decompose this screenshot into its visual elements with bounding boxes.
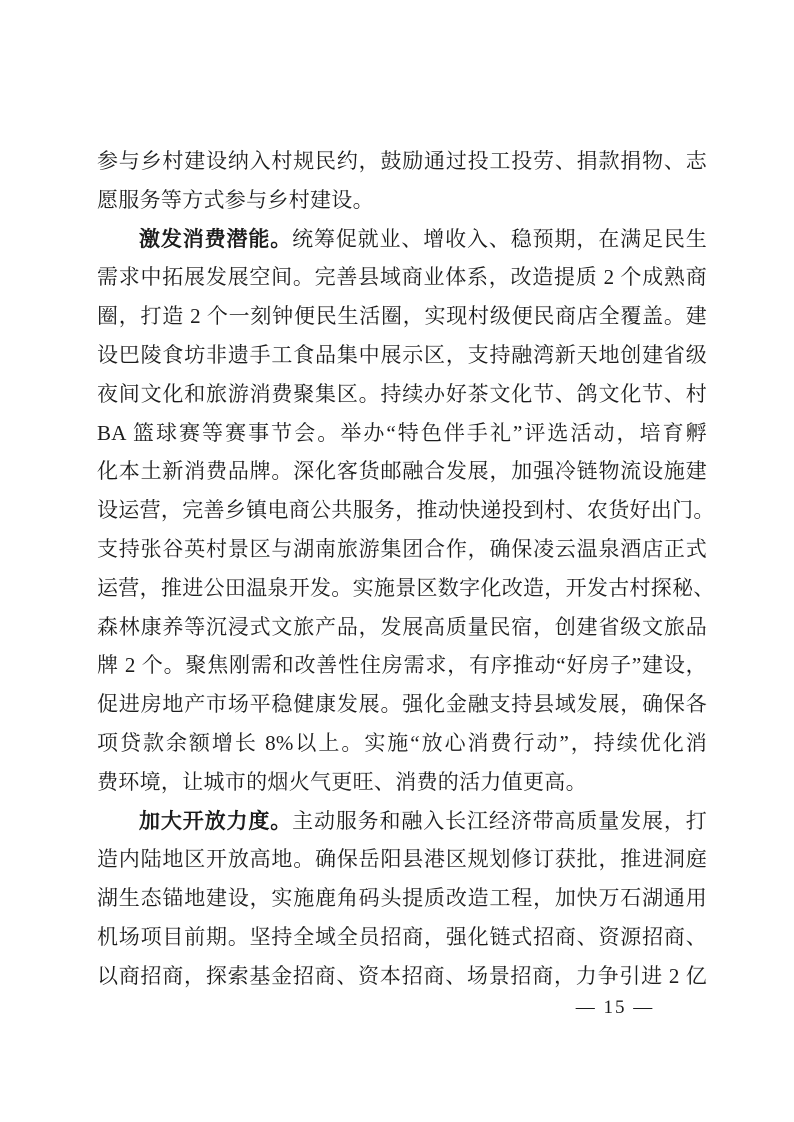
text-line: 激发消费潜能。统筹促就业、增收入、稳预期，在满足民生 — [97, 220, 707, 259]
text-run: 设巴陵食坊非遗手工食品集中展示区，支持融湾新天地创建省级 — [97, 343, 707, 367]
text-line: 促进房地产市场平稳健康发展。强化金融支持县域发展，确保各 — [97, 685, 707, 724]
text-run: 促进房地产市场平稳健康发展。强化金融支持县域发展，确保各 — [97, 692, 707, 716]
text-line: 以商招商，探索基金招商、资本招商、场景招商，力争引进 2 亿 — [97, 957, 707, 996]
text-run: 夜间文化和旅游消费聚集区。持续办好茶文化节、鸽文化节、村 — [97, 382, 707, 406]
text-run: 费环境，让城市的烟火气更旺、消费的活力值更高。 — [97, 770, 587, 794]
text-line: 化本土新消费品牌。深化客货邮融合发展，加强冷链物流设施建 — [97, 452, 707, 491]
text-line: 愿服务等方式参与乡村建设。 — [97, 181, 707, 220]
text-line: 夜间文化和旅游消费聚集区。持续办好茶文化节、鸽文化节、村 — [97, 375, 707, 414]
text-run: 设运营，完善乡镇电商公共服务，推动快递投到村、农货好出门。 — [97, 498, 715, 522]
paragraph-lead-bold: 加大开放力度。 — [139, 809, 292, 833]
document-body: 参与乡村建设纳入村规民约，鼓励通过投工投劳、捐款捐物、志愿服务等方式参与乡村建设… — [97, 142, 707, 996]
text-line: 湖生态锚地建设，实施鹿角码头提质改造工程，加快万石湖通用 — [97, 879, 707, 918]
text-run: 愿服务等方式参与乡村建设。 — [97, 188, 374, 212]
document-page: 参与乡村建设纳入村规民约，鼓励通过投工投劳、捐款捐物、志愿服务等方式参与乡村建设… — [0, 0, 794, 1122]
text-run: 项贷款余额增长 8%以上。实施“放心消费行动”，持续优化消 — [97, 731, 707, 755]
text-run: 统筹促就业、增收入、稳预期，在满足民生 — [292, 227, 707, 251]
text-line: 参与乡村建设纳入村规民约，鼓励通过投工投劳、捐款捐物、志 — [97, 142, 707, 181]
text-run: 化本土新消费品牌。深化客货邮融合发展，加强冷链物流设施建 — [97, 459, 707, 483]
text-run: 参与乡村建设纳入村规民约，鼓励通过投工投劳、捐款捐物、志 — [97, 149, 707, 173]
text-run: 需求中拓展发展空间。完善县域商业体系，改造提质 2 个成熟商 — [97, 265, 707, 289]
text-line: 造内陆地区开放高地。确保岳阳县港区规划修订获批，推进洞庭 — [97, 840, 707, 879]
text-run: 造内陆地区开放高地。确保岳阳县港区规划修订获批，推进洞庭 — [97, 847, 707, 871]
text-run: 支持张谷英村景区与湖南旅游集团合作，确保凌云温泉酒店正式 — [97, 537, 707, 561]
text-run: 机场项目前期。坚持全域全员招商，强化链式招商、资源招商、 — [97, 925, 707, 949]
text-line: 牌 2 个。聚焦刚需和改善性住房需求，有序推动“好房子”建设， — [97, 646, 707, 685]
text-line: 森林康养等沉浸式文旅产品，发展高质量民宿，创建省级文旅品 — [97, 608, 707, 647]
text-line: 圈，打造 2 个一刻钟便民生活圈，实现村级便民商店全覆盖。建 — [97, 297, 707, 336]
text-line: 需求中拓展发展空间。完善县域商业体系，改造提质 2 个成熟商 — [97, 258, 707, 297]
text-run: 森林康养等沉浸式文旅产品，发展高质量民宿，创建省级文旅品 — [97, 615, 707, 639]
text-line: BA 篮球赛等赛事节会。举办“特色伴手礼”评选活动，培育孵 — [97, 414, 707, 453]
text-run: 牌 2 个。聚焦刚需和改善性住房需求，有序推动“好房子”建设， — [97, 653, 707, 677]
text-line: 设运营，完善乡镇电商公共服务，推动快递投到村、农货好出门。 — [97, 491, 707, 530]
text-run: 湖生态锚地建设，实施鹿角码头提质改造工程，加快万石湖通用 — [97, 886, 707, 910]
text-line: 设巴陵食坊非遗手工食品集中展示区，支持融湾新天地创建省级 — [97, 336, 707, 375]
text-line: 支持张谷英村景区与湖南旅游集团合作，确保凌云温泉酒店正式 — [97, 530, 707, 569]
text-run: 圈，打造 2 个一刻钟便民生活圈，实现村级便民商店全覆盖。建 — [97, 304, 707, 328]
text-run: BA 篮球赛等赛事节会。举办“特色伴手礼”评选活动，培育孵 — [97, 421, 707, 445]
text-line: 运营，推进公田温泉开发。实施景区数字化改造，开发古村探秘、 — [97, 569, 707, 608]
page-number: — 15 — — [540, 996, 690, 1020]
text-line: 项贷款余额增长 8%以上。实施“放心消费行动”，持续优化消 — [97, 724, 707, 763]
paragraph-lead-bold: 激发消费潜能。 — [139, 227, 292, 251]
text-line: 机场项目前期。坚持全域全员招商，强化链式招商、资源招商、 — [97, 918, 707, 957]
text-run: 主动服务和融入长江经济带高质量发展，打 — [292, 809, 707, 833]
text-run: 运营，推进公田温泉开发。实施景区数字化改造，开发古村探秘、 — [97, 576, 715, 600]
text-run: 以商招商，探索基金招商、资本招商、场景招商，力争引进 2 亿 — [97, 964, 707, 988]
text-line: 费环境，让城市的烟火气更旺、消费的活力值更高。 — [97, 763, 707, 802]
text-line: 加大开放力度。主动服务和融入长江经济带高质量发展，打 — [97, 802, 707, 841]
